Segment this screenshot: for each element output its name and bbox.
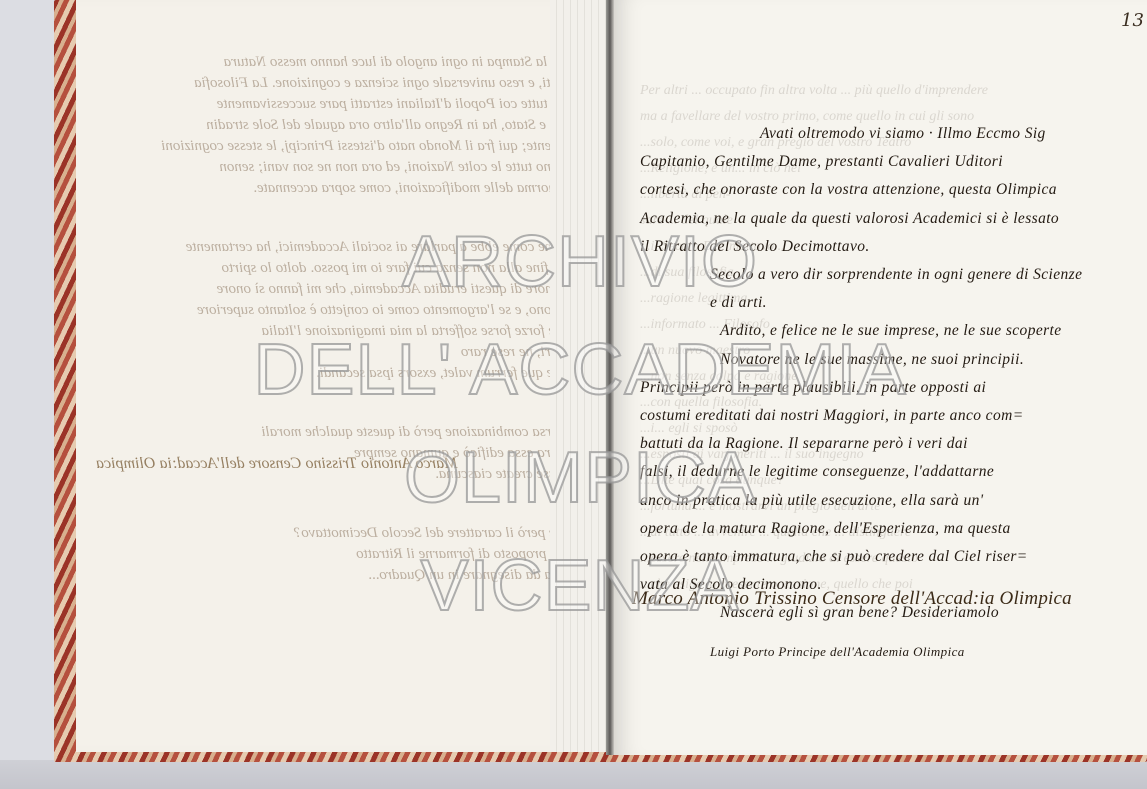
bleed-line: gli effetti, e reso universale ogni scie… (96, 73, 596, 94)
book-gutter (606, 0, 614, 755)
bleed-line: dominano tutte le colte Nazioni, ed ora … (96, 157, 596, 178)
manuscript-line: opera è tanto immatura, che si può crede… (640, 543, 1110, 571)
manuscript-line: falsi, il dedurne le legitime conseguenz… (640, 458, 1110, 486)
manuscript-line: battuti da la Ragione. Il separarne però… (640, 430, 1110, 458)
manuscript-line: Secolo a vero dir sorprendente in ogni g… (640, 261, 1110, 289)
manuscript-line: Capitanio, Gentilme Dame, prestanti Cava… (640, 148, 1110, 176)
manuscript-line: e di arti. (640, 289, 1110, 317)
bleed-line: ...le signore di questi erudita Accademi… (96, 279, 596, 300)
bleed-line: ...le sorono, e se l'argomento come io c… (96, 300, 596, 321)
manuscript-line: cortesi, che onoraste con la vostra atte… (640, 176, 1110, 204)
mirrored-signature: Marco Antonio Trissino Censore dell'Acca… (96, 455, 457, 473)
bleed-line: che la norma delle modificazioni, come s… (96, 178, 596, 199)
manuscript-line: Avati oltremodo vi siamo · Illmo Eccmo S… (640, 120, 1110, 148)
bleed-line: ...posto fine alla non senza cui fare io… (96, 258, 596, 279)
manuscript-line: anco in pratica la più utile esecuzione,… (640, 487, 1110, 515)
bleed-line: vapore, la Stampa in ogni angolo di luce… (96, 52, 596, 73)
bleed-line: che per tutte coi Popoli d'Italiani estr… (96, 94, 596, 115)
bleed-line: di Stato e Stato, ha in Regno all'altro … (96, 115, 596, 136)
bleed-line: Reddere que ferrum valet, exsors ipsa se… (96, 363, 596, 384)
bleed-line: Quale è però il carattere del Secolo Dec… (96, 523, 596, 544)
bleed-line: La diversa combinazione però di queste q… (96, 422, 596, 443)
page-number: 13 (1121, 10, 1144, 31)
manuscript-line: Principii però in parte plausibili, in p… (640, 374, 1110, 402)
scanner-background (0, 760, 1147, 789)
page-stack-edges (550, 0, 610, 752)
manuscript-line: Academia, ne la quale da questi valorosi… (640, 205, 1110, 233)
bleed-line: ma vi ha da disegnare in un Quadro... (96, 565, 596, 586)
bleed-line: Io vi ho proposto di formarne il Ritratt… (96, 544, 596, 565)
manuscript-line: costumi ereditati dai nostri Maggiori, i… (640, 402, 1110, 430)
manuscript-line: Novatore ne le sue massime, ne suoi prin… (640, 346, 1110, 374)
bleed-line: ...Uditori, ne rese raro (96, 342, 596, 363)
manuscript-line: Ardito, e felice ne le sue imprese, ne l… (640, 317, 1110, 345)
bleed-line: colla mente; qui fra il Mondo nato d'ist… (96, 136, 596, 157)
bleed-line: ...le mie forze forse sofferta la mia im… (96, 321, 596, 342)
manuscript-line: opera de la matura Ragione, dell'Esperie… (640, 515, 1110, 543)
bleed-line: ...ragione come ebbe a parlare ai social… (96, 237, 596, 258)
signature: Marco Antonio Trissino Censore dell'Acca… (632, 588, 1072, 610)
left-page-bleedthrough-text: vapore, la Stampa in ogni angolo di luce… (96, 52, 596, 586)
manuscript-text: Avati oltremodo vi siamo · Illmo Eccmo S… (640, 120, 1110, 666)
manuscript-line: il Ritratto del Secolo Decimottavo. (640, 233, 1110, 261)
manuscript-line: Luigi Porto Principe dell'Academia Olimp… (640, 638, 1110, 666)
ghost-line: Per altri ... occupato fin altra volta .… (640, 78, 1110, 104)
